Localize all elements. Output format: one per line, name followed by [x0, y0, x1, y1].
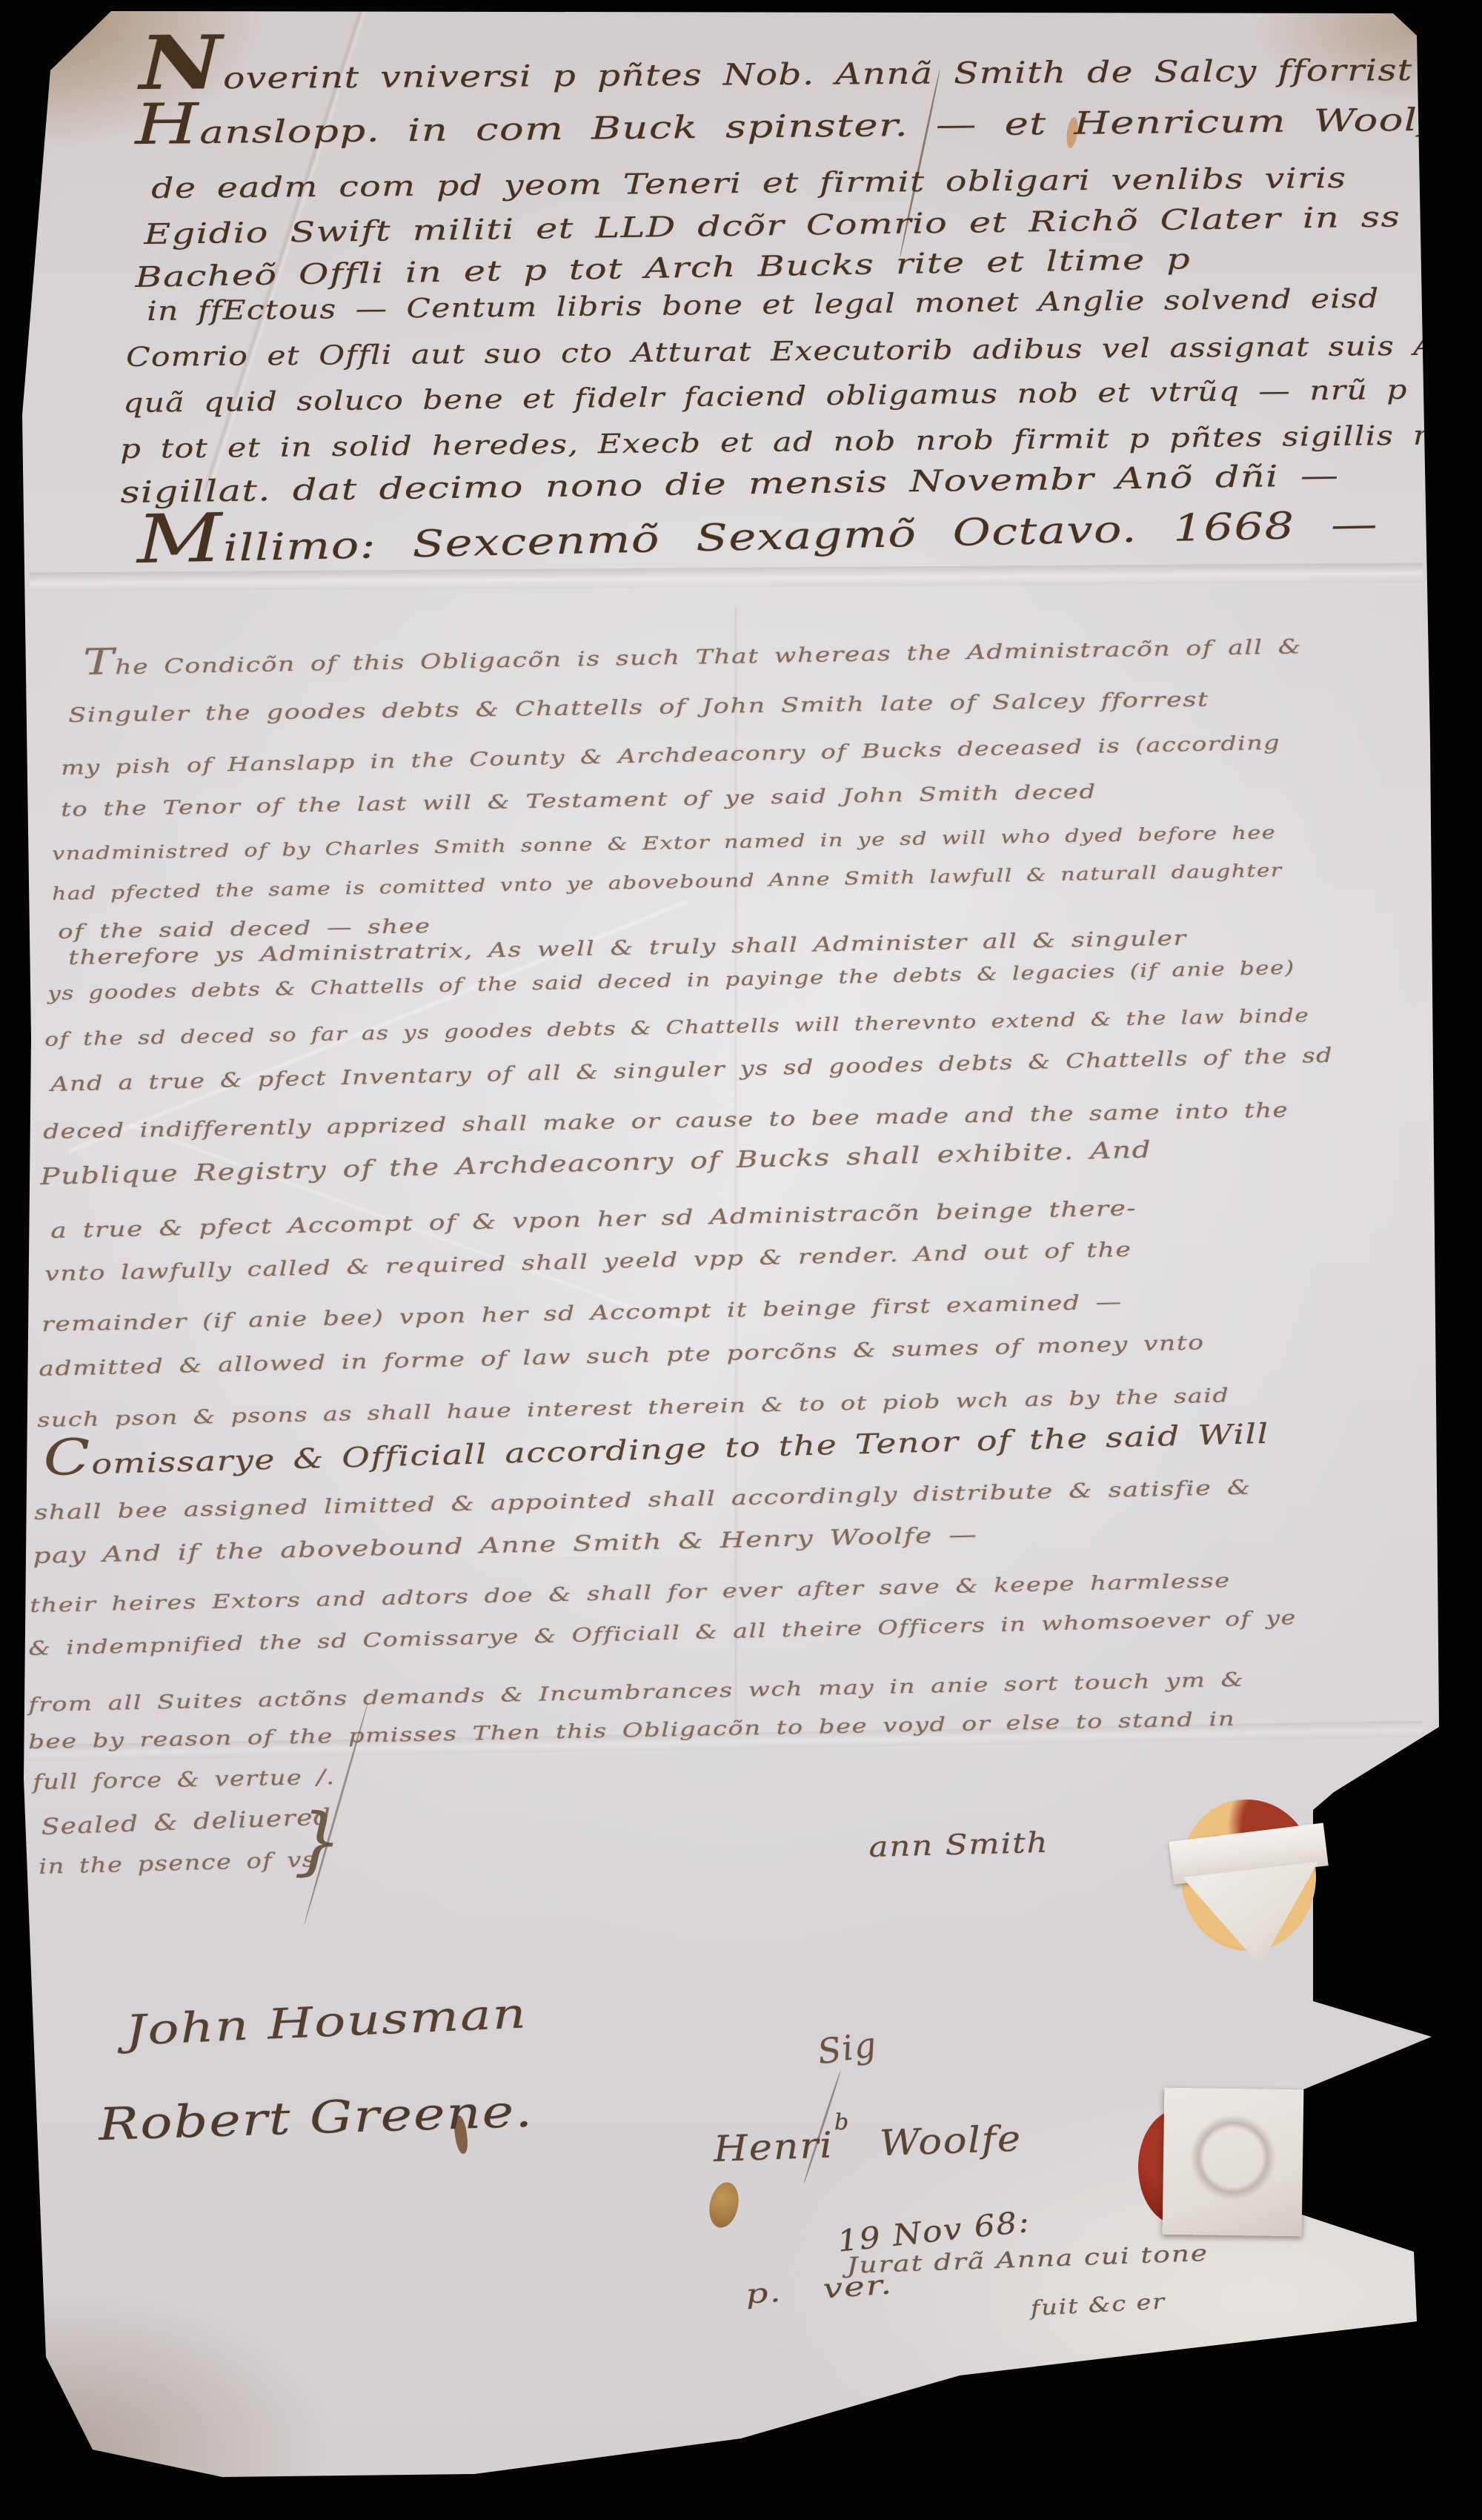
- signature-john-housman: John Housman: [124, 1989, 528, 2055]
- condition-line: pay And if the abovebound Anne Smith & H…: [33, 1522, 978, 1568]
- latin-line: Bacheõ Offli in et p tot Arch Bucks rite…: [135, 242, 1192, 294]
- condition-line: Singuler the goodes debts & Chattells of…: [68, 689, 1209, 727]
- condition-line: their heires Extors and adtors doe & sha…: [30, 1570, 1231, 1617]
- seal-paper-cover-embossed: [1163, 2088, 1304, 2237]
- condition-line: vnadministred of by Charles Smith sonne …: [52, 822, 1276, 864]
- condition-line: full force & vertue /.: [33, 1765, 336, 1794]
- condition-line: admitted & allowed in forme of law such …: [39, 1331, 1205, 1381]
- signature-robert-greene: Robert Greene.: [98, 2086, 534, 2151]
- condition-line: & indempnified the sd Comissarye & Offic…: [28, 1607, 1297, 1660]
- condition-line: And a true & pfect Inventary of all & si…: [50, 1044, 1333, 1096]
- condition-line: of the said deced — shee: [58, 915, 431, 944]
- latin-line: Comrio et Offli aut suo cto Atturat Exec…: [126, 331, 1458, 373]
- attestation-line: Sealed & deliuered: [41, 1804, 332, 1840]
- latin-line: Noverint vniversi p pñtes Nob. Annã Smit…: [139, 33, 1482, 96]
- condition-line: shall bee assigned limitted & appointed …: [34, 1476, 1252, 1525]
- jurat-note-line2: fuit &c er: [1030, 2289, 1166, 2320]
- signature-ann-smith: ann Smith: [868, 1826, 1049, 1863]
- condition-line: The Condicõn of this Obligacõn is such T…: [83, 631, 1302, 680]
- attestation-brace: }: [293, 1797, 344, 1885]
- condition-line: had pfected the same is comitted vnto ye…: [52, 860, 1283, 904]
- latin-line: Hanslopp. in com Buck spinster. — et Hen…: [135, 94, 1459, 151]
- signature-henri-woolfe: Henri Woolfe: [713, 2118, 1023, 2169]
- condition-line: deced indifferently apprized shall make …: [43, 1099, 1289, 1144]
- condition-line: from all Suites actõns demands & Incumbr…: [28, 1669, 1244, 1717]
- latin-line: p tot et in solid heredes, Execb et ad n…: [120, 420, 1482, 465]
- sig-flourish: Sig: [815, 2024, 880, 2072]
- condition-line: remainder (if anie bee) vpon her sd Acco…: [41, 1290, 1123, 1336]
- condition-line: to the Tenor of the last will & Testamen…: [61, 781, 1097, 821]
- wax-fleck-bottom: [705, 2180, 742, 2231]
- condition-line: a true & pfect Accompt of & vpon her sd …: [50, 1196, 1137, 1243]
- latin-line: de eadm com pd yeom Teneri et firmit obl…: [151, 162, 1346, 205]
- latin-line: Egidio Swift militi et LLD dcõr Comrio e…: [144, 200, 1400, 251]
- condition-line: bee by reason of the pmisses Then this O…: [28, 1708, 1236, 1754]
- condition-line: my pish of Hanslapp in the County & Arch…: [61, 732, 1280, 780]
- photo-backdrop: Noverint vniversi p pñtes Nob. Annã Smit…: [0, 0, 1482, 2520]
- condition-line: vnto lawfully called & required shall ye…: [44, 1239, 1132, 1286]
- attestation-line: in the psence of vs: [39, 1847, 316, 1879]
- condition-line: of the sd deced so far as ys goodes debt…: [44, 1004, 1309, 1050]
- condition-line: Publique Registry of the Archdeaconry of…: [40, 1136, 1152, 1190]
- latin-line: quã quid soluco bene et fidelr faciend o…: [123, 374, 1463, 419]
